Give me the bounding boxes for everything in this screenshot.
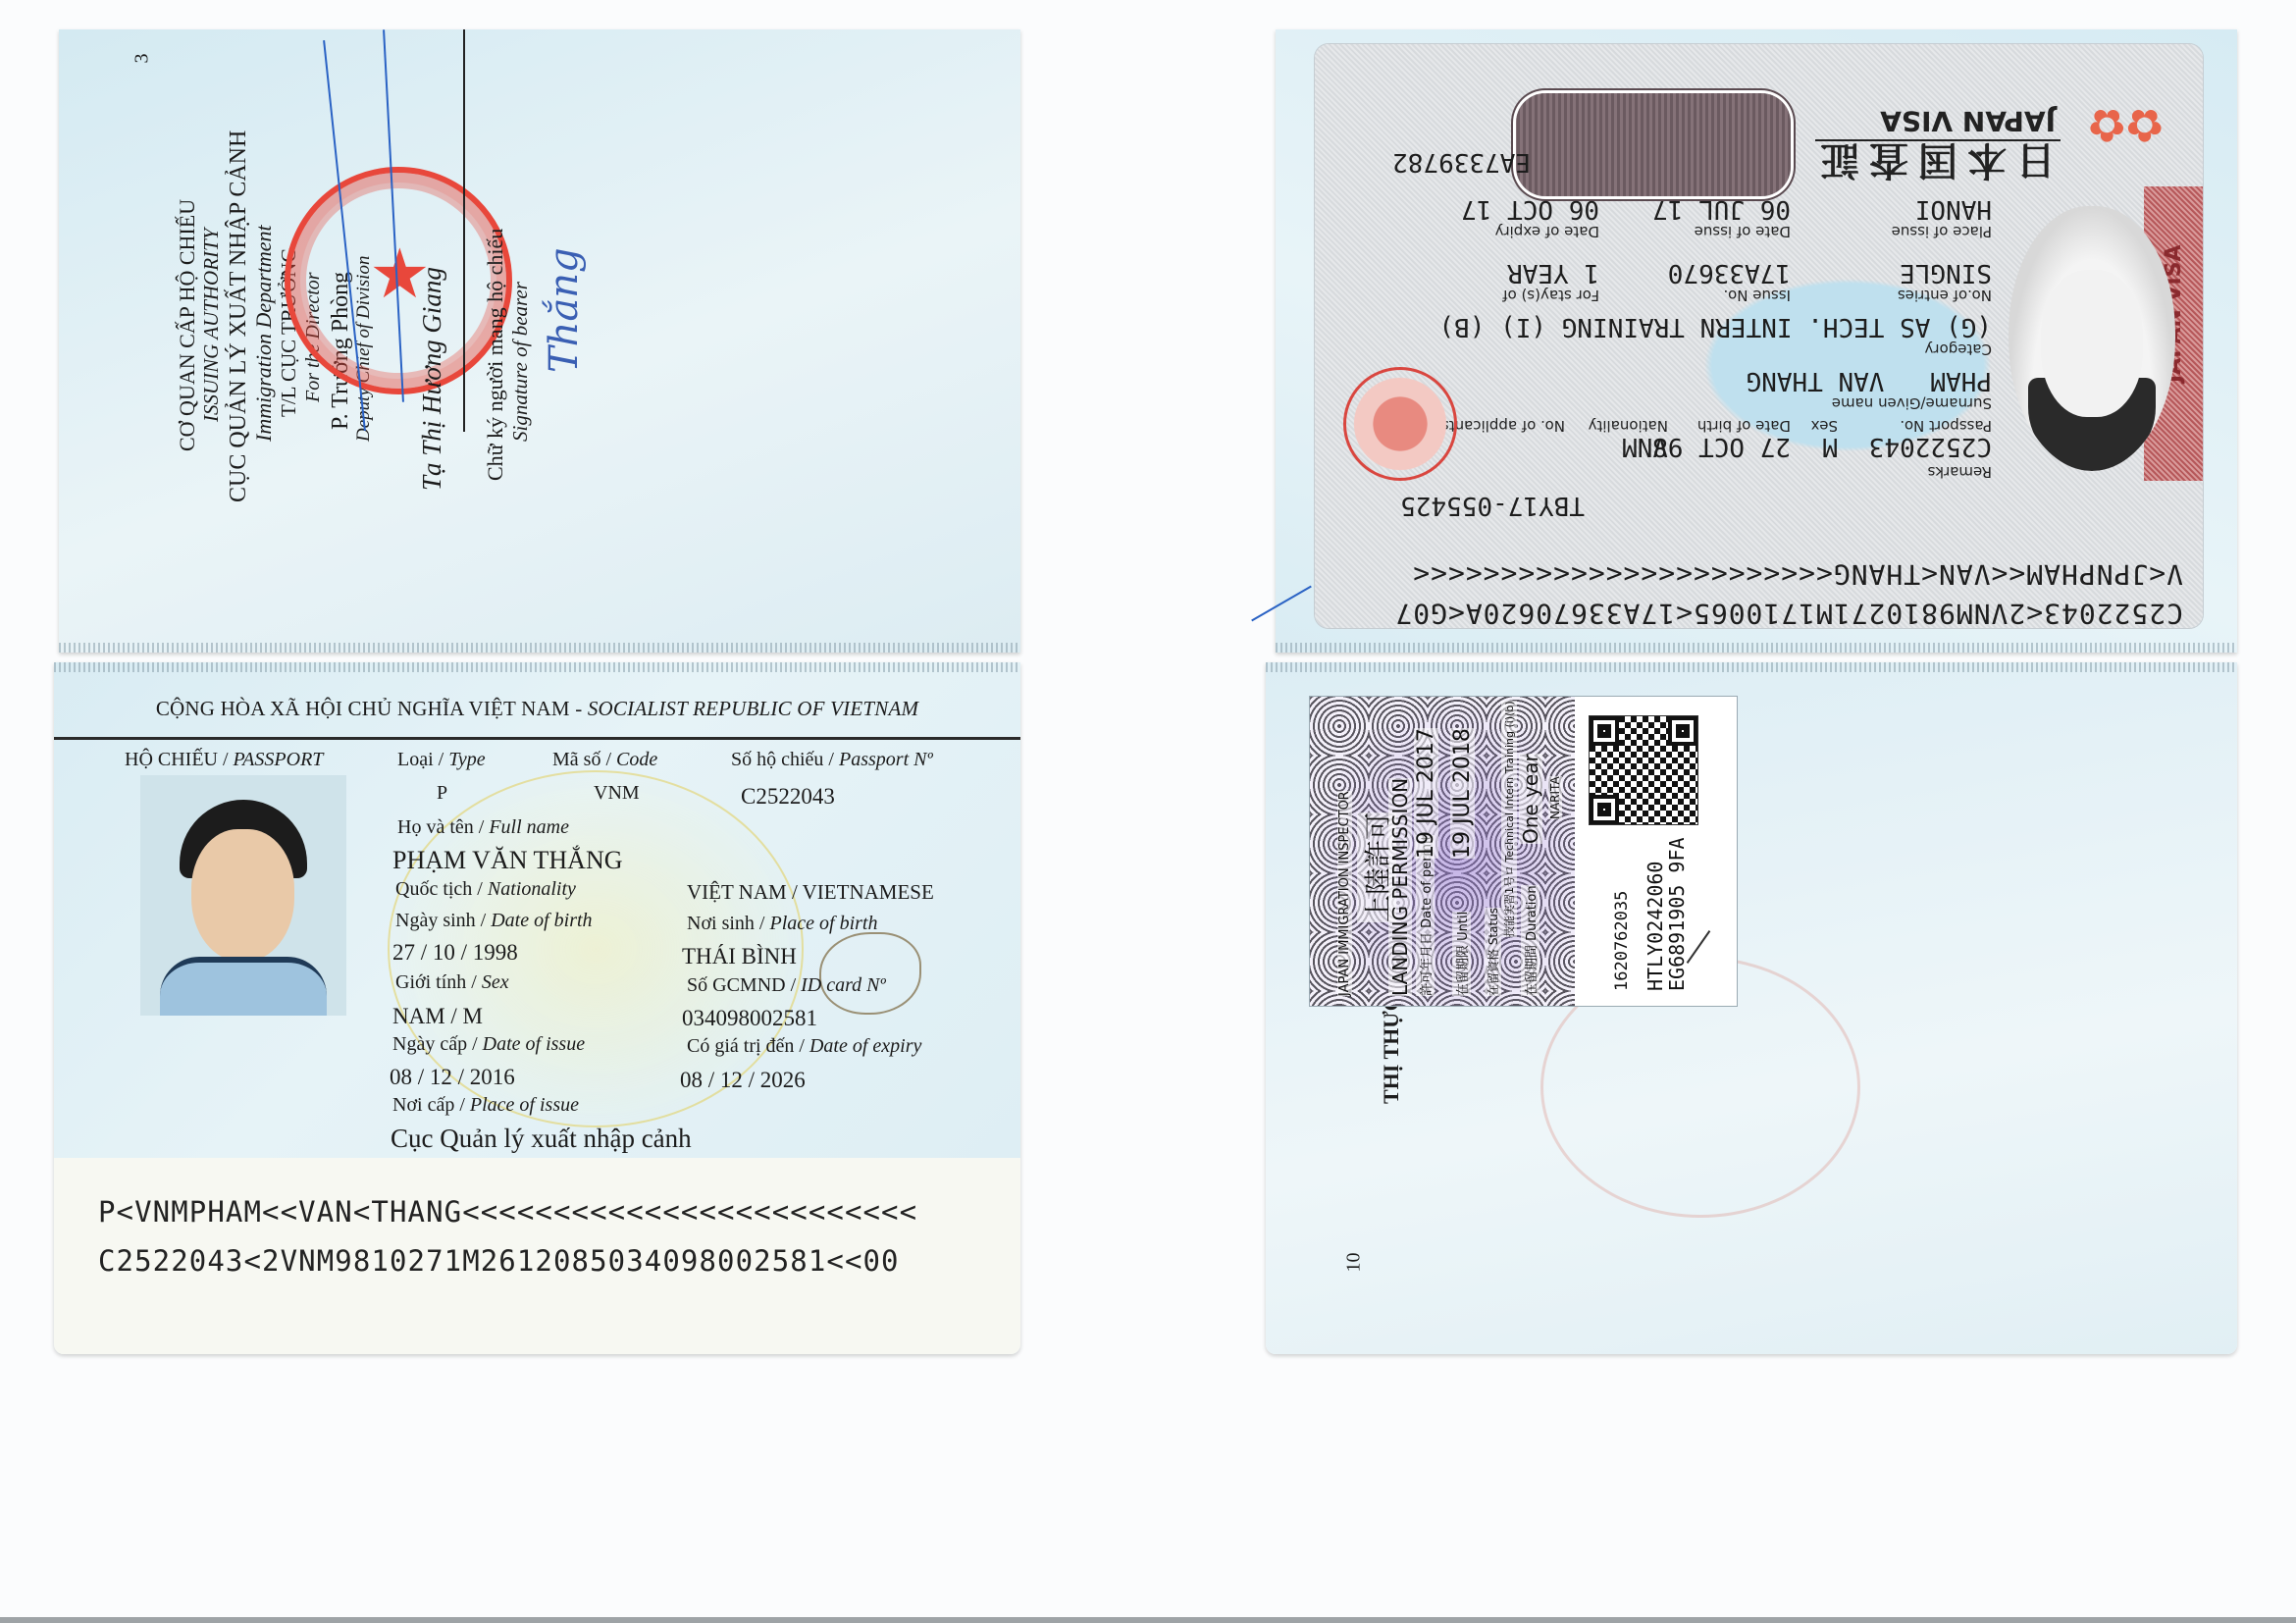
perforation [1276,643,2237,653]
place-of-issue-label: Nơi cấp / Place of issue [392,1094,579,1117]
status-label: 在留資格 Status [1485,908,1501,996]
category-label: Category [1924,340,1992,358]
visa-passport-no-value: C2522043 [1869,432,1992,461]
official-name: Tạ Thị Hương Giang [417,267,447,491]
date-of-expiry-value: 08 / 12 / 2026 [680,1068,806,1093]
qr-finder [1590,795,1619,824]
place-of-issue-value: HANOI [1915,194,1992,224]
mrz-zone: P<VNMPHAM<<VAN<THANG<<<<<<<<<<<<<<<<<<<<… [54,1158,1020,1354]
pob-label: Nơi sinh / Place of birth [687,913,877,935]
nationality-label: Quốc tịch / Nationality [395,878,576,901]
date-of-expiry-label: Có giá trị đến / Date of expiry [687,1035,921,1058]
perforation [1266,662,2237,672]
visa-title-ja: 日本国査証 [1810,135,2056,191]
for-stay-value: 1 YEAR [1507,258,1599,288]
visa-title-en: JAPAN VISA [1880,105,2056,137]
port-name: NARITA [1548,776,1562,819]
bearer-signature-label-en: Signature of bearer [508,282,533,442]
issuing-authority-en: ISSUING AUTHORITY [199,229,224,422]
full-name-value: PHẠM VĂN THẮNG [392,846,623,875]
landing-permission-stamp: JAPAN IMMIGRATION INSPECTOR 上陸許可 LANDING… [1310,697,1737,1006]
for-stay-label: For stay(s) of [1502,287,1599,304]
status-value: 技能実習1号ロ Technical Intern Training (i)(b) [1501,701,1517,937]
name-value: PHAM VAN THANG [1747,366,1992,395]
photo-face [191,829,294,962]
official-seal: ★ [285,167,512,394]
visa-date-of-issue-label: Date of issue [1695,223,1791,240]
holder-photo [140,775,346,1016]
page-number: 10 [1343,1253,1366,1273]
type-value: P [437,782,447,805]
id-card-label: Số GCMND / ID card Nº [687,974,886,997]
visa-dob-value: 27 OCT 98 [1652,432,1791,461]
visa-page-label: THỊ THỰC [1379,995,1404,1104]
stamp-code-line-1: HTLY0242060 [1644,862,1667,991]
passport-no-label: Số hộ chiếu / Passport Nº [731,749,933,771]
date-of-permit-value: 19 JUL 2017 [1414,728,1438,859]
stamp-number: 1620762035 [1612,891,1632,991]
visa-photo-face [2041,270,2143,417]
full-name-label: Họ và tên / Full name [397,816,569,839]
visa-holder-photo [2009,206,2175,471]
nationality-value: VIỆT NAM / VIETNAMESE [687,880,934,905]
name-label: Surname/Given name [1832,394,1992,412]
entries-value: SINGLE [1900,258,1992,288]
issuing-authority-vi: CƠ QUAN CẤP HỘ CHIẾU [175,199,200,451]
landing-title-en: LANDING PERMISSION [1388,778,1412,996]
document-type-label: HỘ CHIẾU / PASSPORT [125,749,323,771]
header-rule [54,737,1020,740]
pob-value: THÁI BÌNH [682,944,797,969]
code-value: VNM [594,782,640,805]
duration-value: One year [1519,754,1542,844]
passport-no-value: C2522043 [741,784,835,810]
title-rule [1815,139,2061,141]
date-of-permit-label: 許可年月日 Date of permit [1416,835,1435,996]
mrz-line-1: P<VNMPHAM<<VAN<THANG<<<<<<<<<<<<<<<<<<<<… [98,1195,917,1229]
visa-mrz-line-2: C2522043<2VNM9810271M1710065<17A33670620… [1394,598,2183,628]
pen-mark [1687,930,1711,964]
department-vi: CỤC QUẢN LÝ XUẤT NHẬP CẢNH [226,131,252,502]
passport-page-issuing-authority: 3 CƠ QUAN CẤP HỘ CHIẾU ISSUING AUTHORITY… [59,29,1020,653]
visa-date-of-expiry-value: 06 OCT 17 [1461,194,1599,224]
sex-value: NAM / M [392,1004,483,1029]
applicants-label: No. of applicants [1441,417,1565,435]
passport-bio-page: CỘNG HÒA XÃ HỘI CHỦ NGHĨA VIỆT NAM - SOC… [54,662,1020,1354]
visa-sex-value: M [1822,432,1838,461]
divider-line [463,29,465,432]
perforation [59,643,1020,653]
visa-date-of-expiry-label: Date of expiry [1495,223,1599,240]
country-header-vi: CỘNG HÒA XÃ HỘI CHỦ NGHĨA VIỆT NAM - [156,697,588,720]
code-label: Mã số / Code [552,749,657,771]
bearer-signature-label-vi: Chữ ký người mang hộ chiếu [483,229,508,481]
sex-label: Giới tính / Sex [395,971,509,994]
scanner-edge [0,1617,2296,1623]
id-card-value: 034098002581 [682,1006,817,1031]
type-label: Loại / Type [397,749,486,771]
dob-label: Ngày sinh / Date of birth [395,910,593,932]
qr-finder [1668,716,1697,746]
country-header-en: SOCIALIST REPUBLIC OF VIETNAM [588,697,918,720]
inspector-header: JAPAN IMMIGRATION INSPECTOR [1337,791,1352,996]
issue-no-label: Issue No. [1724,287,1791,304]
issue-no-value: 17A33670 [1668,258,1791,288]
dob-value: 27 / 10 / 1998 [392,940,518,966]
remarks-value: TBY17-055425 [1400,491,1585,520]
place-of-issue-label: Place of issue [1892,223,1992,240]
visa-mrz-line-1: V<JPNPHAM<<VAN<THANG<<<<<<<<<<<<<<<<<<<<… [1412,558,2183,591]
country-header: CỘNG HÒA XÃ HỘI CHỦ NGHĨA VIỆT NAM - SOC… [54,697,1020,721]
page-number: 3 [131,54,154,64]
date-of-issue-label: Ngày cấp / Date of issue [392,1033,585,1056]
place-of-issue-value: Cục Quản lý xuất nhập cảnh [391,1124,692,1154]
mofa-seal [1343,367,1457,481]
hologram [1516,93,1791,196]
category-value: (G) AS TECH. INTERN TRAINING (I) (B) [1438,312,1992,341]
dove-watermark-icon [819,932,921,1015]
visa-serial: EA7339782 [1392,147,1531,177]
perforation [54,662,1020,672]
date-of-issue-value: 08 / 12 / 2016 [390,1065,515,1090]
qr-code [1590,716,1697,824]
until-label: 在留期限 Until [1452,912,1471,996]
qr-finder [1590,716,1619,746]
japan-visa-sticker: JAPAN VISA ✿✿ JAPAN VISA 日本国査証 EA7339782… [1315,44,2203,628]
duration-label: 在留期間 Duration [1521,885,1539,996]
entries-label: No.of entries [1898,287,1992,304]
visa-nationality-value: VNM [1622,432,1668,461]
visa-date-of-issue-value: 06 JUL 17 [1652,194,1791,224]
until-value: 19 JUL 2018 [1450,728,1475,859]
bearer-signature: Thắng [542,247,587,373]
photo-shirt [160,957,327,1016]
sakura-icon: ✿✿ [2088,102,2164,147]
department-en: Immigration Department [251,225,277,442]
stamp-code-line-2: EG6891905 9FA [1665,837,1689,991]
visa-content-rotated: JAPAN VISA ✿✿ JAPAN VISA 日本国査証 EA7339782… [1315,44,2203,628]
remarks-label: Remarks [1928,463,1992,481]
mrz-line-2: C2522043<2VNM9810271M2612085034098002581… [98,1244,900,1278]
